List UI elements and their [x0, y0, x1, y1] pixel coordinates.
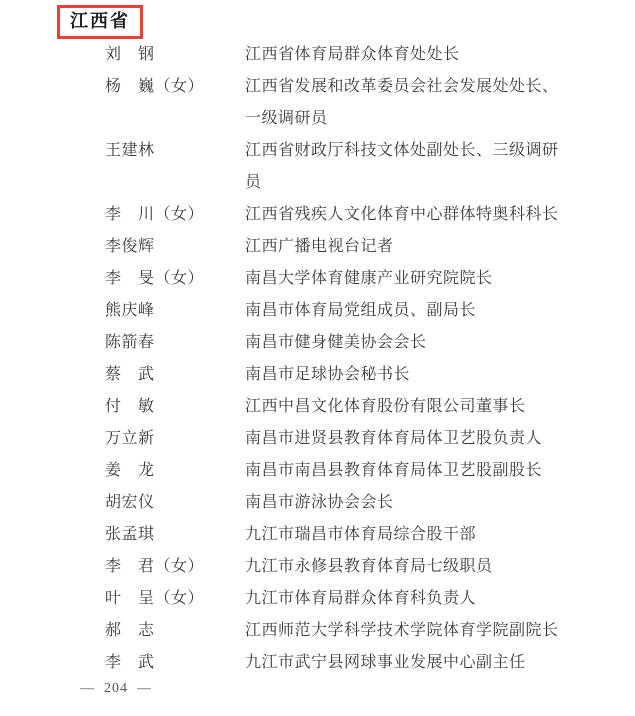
list-item: 姜 龙 南昌市南昌县教育体育局体卫艺股副股长 [105, 455, 575, 487]
list-item: 熊庆峰 南昌市体育局党组成员、副局长 [105, 295, 575, 327]
list-item: 蔡 武 南昌市足球协会秘书长 [105, 359, 575, 391]
person-title: 九江市武宁县网球事业发展中心副主任 [245, 647, 567, 679]
page-number: — 204 — [80, 680, 152, 698]
person-title: 江西省残疾人文化体育中心群体特奥科科长 [245, 199, 567, 231]
list-item: 陈箭春 南昌市健身健美协会会长 [105, 327, 575, 359]
person-title: 江西省发展和改革委员会社会发展处处长、一级调研员 [245, 71, 567, 135]
list-item: 李俊辉 江西广播电视台记者 [105, 231, 575, 263]
person-name: 万立新 [105, 423, 245, 455]
person-title: 南昌市体育局党组成员、副局长 [245, 295, 567, 327]
list-item: 张孟琪 九江市瑞昌市体育局综合股干部 [105, 519, 575, 551]
person-name: 蔡 武 [105, 359, 245, 391]
list-item: 叶 呈（女） 九江市体育局群众体育科负责人 [105, 583, 575, 615]
person-name: 张孟琪 [105, 519, 245, 551]
person-title: 九江市体育局群众体育科负责人 [245, 583, 567, 615]
person-title: 南昌市进贤县教育体育局体卫艺股负责人 [245, 423, 567, 455]
list-item: 杨 巍（女） 江西省发展和改革委员会社会发展处处长、一级调研员 [105, 71, 575, 135]
person-name: 李俊辉 [105, 231, 245, 263]
person-name: 叶 呈（女） [105, 583, 245, 615]
person-name: 郝 志 [105, 615, 245, 647]
list-item: 刘 钢 江西省体育局群众体育处处长 [105, 39, 575, 71]
person-title: 南昌市健身健美协会会长 [245, 327, 567, 359]
person-title: 江西师范大学科学技术学院体育学院副院长 [245, 615, 567, 647]
person-name: 李 武 [105, 647, 245, 679]
list-item: 胡宏仪 南昌市游泳协会会长 [105, 487, 575, 519]
person-name: 李 君（女） [105, 551, 245, 583]
person-title: 江西中昌文化体育股份有限公司董事长 [245, 391, 567, 423]
person-title: 江西广播电视台记者 [245, 231, 567, 263]
person-title: 江西省体育局群众体育处处长 [245, 39, 567, 71]
person-title: 九江市永修县教育体育局七级职员 [245, 551, 567, 583]
person-name: 胡宏仪 [105, 487, 245, 519]
person-name: 王建林 [105, 135, 245, 167]
person-title: 九江市瑞昌市体育局综合股干部 [245, 519, 567, 551]
province-highlight-box: 江西省 [57, 5, 143, 39]
person-name: 姜 龙 [105, 455, 245, 487]
person-name: 杨 巍（女） [105, 71, 245, 103]
person-name: 李 川（女） [105, 199, 245, 231]
person-name: 刘 钢 [105, 39, 245, 71]
person-title: 南昌市游泳协会会长 [245, 487, 567, 519]
list-item: 李 川（女） 江西省残疾人文化体育中心群体特奥科科长 [105, 199, 575, 231]
person-name: 陈箭春 [105, 327, 245, 359]
person-title: 江西省财政厅科技文体处副处长、三级调研员 [245, 135, 567, 199]
province-label: 江西省 [70, 11, 130, 31]
person-name: 熊庆峰 [105, 295, 245, 327]
list-item: 王建林 江西省财政厅科技文体处副处长、三级调研员 [105, 135, 575, 199]
list-item: 李 武 九江市武宁县网球事业发展中心副主任 [105, 647, 575, 679]
list-item: 郝 志 江西师范大学科学技术学院体育学院副院长 [105, 615, 575, 647]
person-name: 李 旻（女） [105, 263, 245, 295]
list-item: 万立新 南昌市进贤县教育体育局体卫艺股负责人 [105, 423, 575, 455]
person-title: 南昌大学体育健康产业研究院院长 [245, 263, 567, 295]
list-item: 李 君（女） 九江市永修县教育体育局七级职员 [105, 551, 575, 583]
roster: 刘 钢 江西省体育局群众体育处处长 杨 巍（女） 江西省发展和改革委员会社会发展… [105, 39, 575, 679]
list-item: 李 旻（女） 南昌大学体育健康产业研究院院长 [105, 263, 575, 295]
person-name: 付 敏 [105, 391, 245, 423]
person-title: 南昌市南昌县教育体育局体卫艺股副股长 [245, 455, 567, 487]
document-page: { "header": { "province": "江西省", "highli… [0, 0, 635, 716]
list-item: 付 敏 江西中昌文化体育股份有限公司董事长 [105, 391, 575, 423]
person-title: 南昌市足球协会秘书长 [245, 359, 567, 391]
